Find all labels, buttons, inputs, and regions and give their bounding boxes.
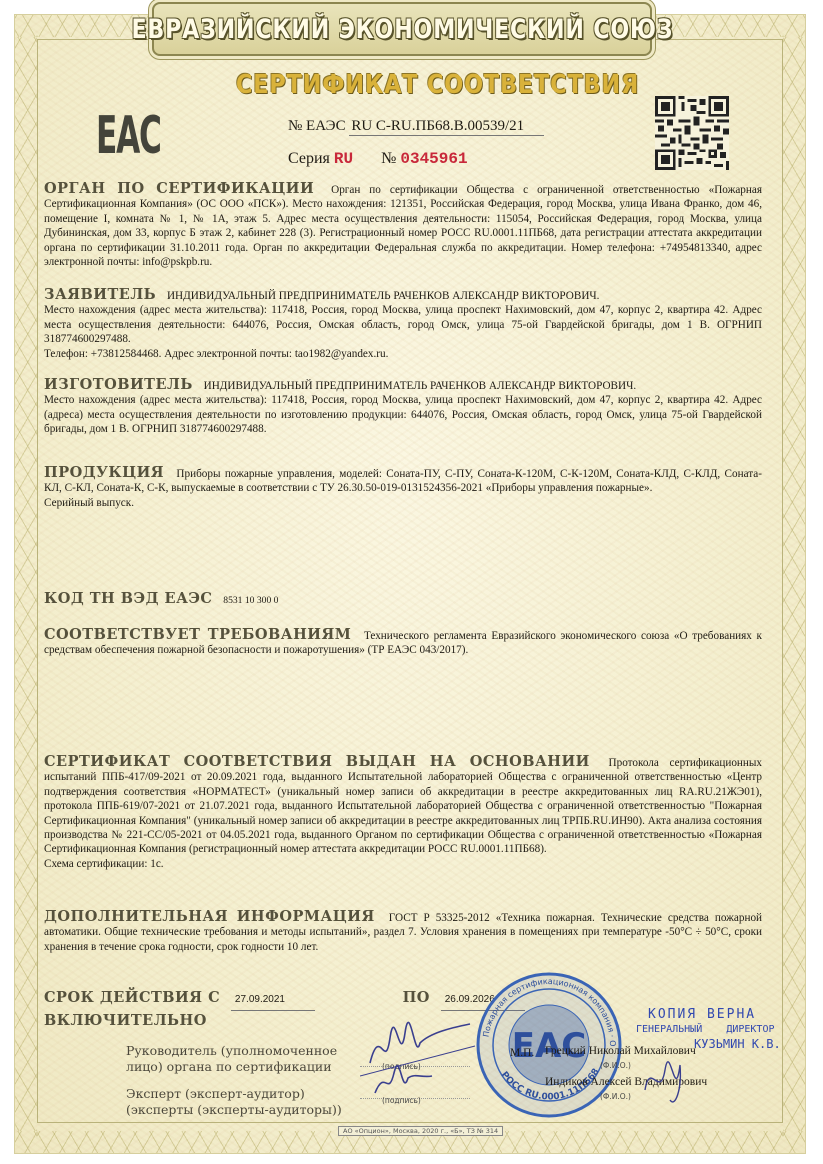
cert-number-prefix: № ЕАЭС	[288, 118, 346, 134]
section-product: ПРОДУКЦИЯ Приборы пожарные управления, м…	[44, 466, 762, 510]
expert-label-line1: Эксперт (эксперт-аудитор)	[126, 1086, 305, 1101]
certificate-number: № ЕАЭС RU C-RU.ПБ68.В.00539/21	[288, 118, 544, 136]
applicant-name: ИНДИВИДУАЛЬНЫЙ ПРЕДПРИНИМАТЕЛЬ РАЧЕНКОВ …	[167, 290, 600, 302]
eac-mark-icon: ЕАС	[96, 106, 161, 166]
validity-inclusive: ВКЛЮЧИТЕЛЬНО	[44, 1012, 207, 1029]
copy-stamp-line2: ГЕНЕРАЛЬНЫЙ ДИРЕКТОР	[636, 1022, 781, 1037]
series-value: RU	[334, 150, 353, 168]
section-conforms: СООТВЕТСТВУЕТ ТРЕБОВАНИЯМ Технического р…	[44, 628, 762, 658]
certificate-title: СЕРТИФИКАТ СООТВЕТСТВИЯ	[236, 70, 580, 100]
section-text: Орган по сертификации Общества с огранич…	[44, 184, 762, 268]
expert-signatory-label: Эксперт (эксперт-аудитор) (эксперты (экс…	[126, 1086, 342, 1118]
section-additional-info: ДОПОЛНИТЕЛЬНАЯ ИНФОРМАЦИЯ ГОСТ Р 53325-2…	[44, 910, 762, 954]
validity-from-label: СРОК ДЕЙСТВИЯ С	[44, 989, 220, 1006]
copy-stamp-line3: КУЗЬМИН К.В.	[636, 1037, 781, 1052]
section-text: Место нахождения (адрес места жительства…	[44, 394, 762, 435]
fio-caption: (Ф.И.О.)	[600, 1061, 631, 1070]
blank-number: 0345961	[400, 150, 467, 168]
expert-label-line2: (эксперты (эксперты-аудиторы))	[126, 1102, 342, 1117]
section-text: Протокола сертификационных испытаний ППБ…	[44, 757, 762, 855]
union-banner: ЕВРАЗИЙСКИЙ ЭКОНОМИЧЕСКИЙ СОЮЗ	[152, 2, 652, 56]
section-heading: СЕРТИФИКАТ СООТВЕТСТВИЯ ВЫДАН НА ОСНОВАН…	[44, 753, 590, 770]
series-line: Серия RU № 0345961	[288, 150, 468, 168]
section-applicant: ЗАЯВИТЕЛЬ ИНДИВИДУАЛЬНЫЙ ПРЕДПРИНИМАТЕЛЬ…	[44, 288, 762, 361]
head-label-line1: Руководитель (уполномоченное	[126, 1043, 337, 1058]
section-heading: ДОПОЛНИТЕЛЬНАЯ ИНФОРМАЦИЯ	[44, 908, 375, 925]
head-signatory-label: Руководитель (уполномоченное лицо) орган…	[126, 1043, 337, 1075]
series-label: Серия	[288, 150, 330, 167]
fio-caption: (Ф.И.О.)	[600, 1092, 631, 1101]
hs-code-value: 8531 10 300 0	[223, 595, 278, 606]
section-text: Место нахождения (адрес места жительства…	[44, 304, 762, 345]
section-certification-body: ОРГАН ПО СЕРТИФИКАЦИИ Орган по сертифика…	[44, 182, 762, 269]
stamp-place-label: М.П.	[510, 1047, 534, 1059]
section-basis: СЕРТИФИКАТ СООТВЕТСТВИЯ ВЫДАН НА ОСНОВАН…	[44, 755, 762, 871]
section-manufacturer: ИЗГОТОВИТЕЛЬ ИНДИВИДУАЛЬНЫЙ ПРЕДПРИНИМАТ…	[44, 378, 762, 437]
section-heading: ЗАЯВИТЕЛЬ	[44, 286, 156, 303]
certification-scheme: Схема сертификации: 1с.	[44, 858, 164, 870]
section-heading: КОД ТН ВЭД ЕАЭС	[44, 590, 212, 607]
manufacturer-name: ИНДИВИДУАЛЬНЫЙ ПРЕДПРИНИМАТЕЛЬ РАЧЕНКОВ …	[204, 380, 637, 392]
applicant-contacts: Телефон: +73812584468. Адрес электронной…	[44, 348, 388, 360]
validity-to-label: ПО	[403, 989, 430, 1006]
section-heading: ОРГАН ПО СЕРТИФИКАЦИИ	[44, 180, 314, 197]
director-signature-icon	[640, 1050, 700, 1110]
copy-certified-stamp: КОПИЯ ВЕРНА ГЕНЕРАЛЬНЫЙ ДИРЕКТОР КУЗЬМИН…	[636, 1007, 781, 1052]
handwritten-signature-icon	[360, 1018, 480, 1103]
copy-stamp-title: ДИРЕКТОР	[726, 1024, 774, 1035]
section-heading: ПРОДУКЦИЯ	[44, 464, 164, 481]
blank-number-prefix: №	[381, 150, 396, 167]
section-heading: ИЗГОТОВИТЕЛЬ	[44, 376, 193, 393]
head-label-line2: лицо) органа по сертификации	[126, 1059, 332, 1074]
product-release: Серийный выпуск.	[44, 497, 134, 509]
union-title: ЕВРАЗИЙСКИЙ ЭКОНОМИЧЕСКИЙ СОЮЗ	[131, 14, 673, 45]
section-heading: СООТВЕТСТВУЕТ ТРЕБОВАНИЯМ	[44, 626, 351, 643]
validity-from-date: 27.09.2021	[231, 990, 315, 1011]
copy-stamp-position: ГЕНЕРАЛЬНЫЙ	[636, 1024, 702, 1035]
qr-code-icon	[654, 96, 730, 170]
copy-stamp-line1: КОПИЯ ВЕРНА	[636, 1007, 781, 1022]
section-hs-code: КОД ТН ВЭД ЕАЭС 8531 10 300 0	[44, 592, 762, 608]
cert-number-value: RU C-RU.ПБ68.В.00539/21	[349, 118, 544, 136]
printer-imprint: АО «Опцион», Москва, 2020 г., «Б», ТЗ № …	[338, 1126, 503, 1136]
